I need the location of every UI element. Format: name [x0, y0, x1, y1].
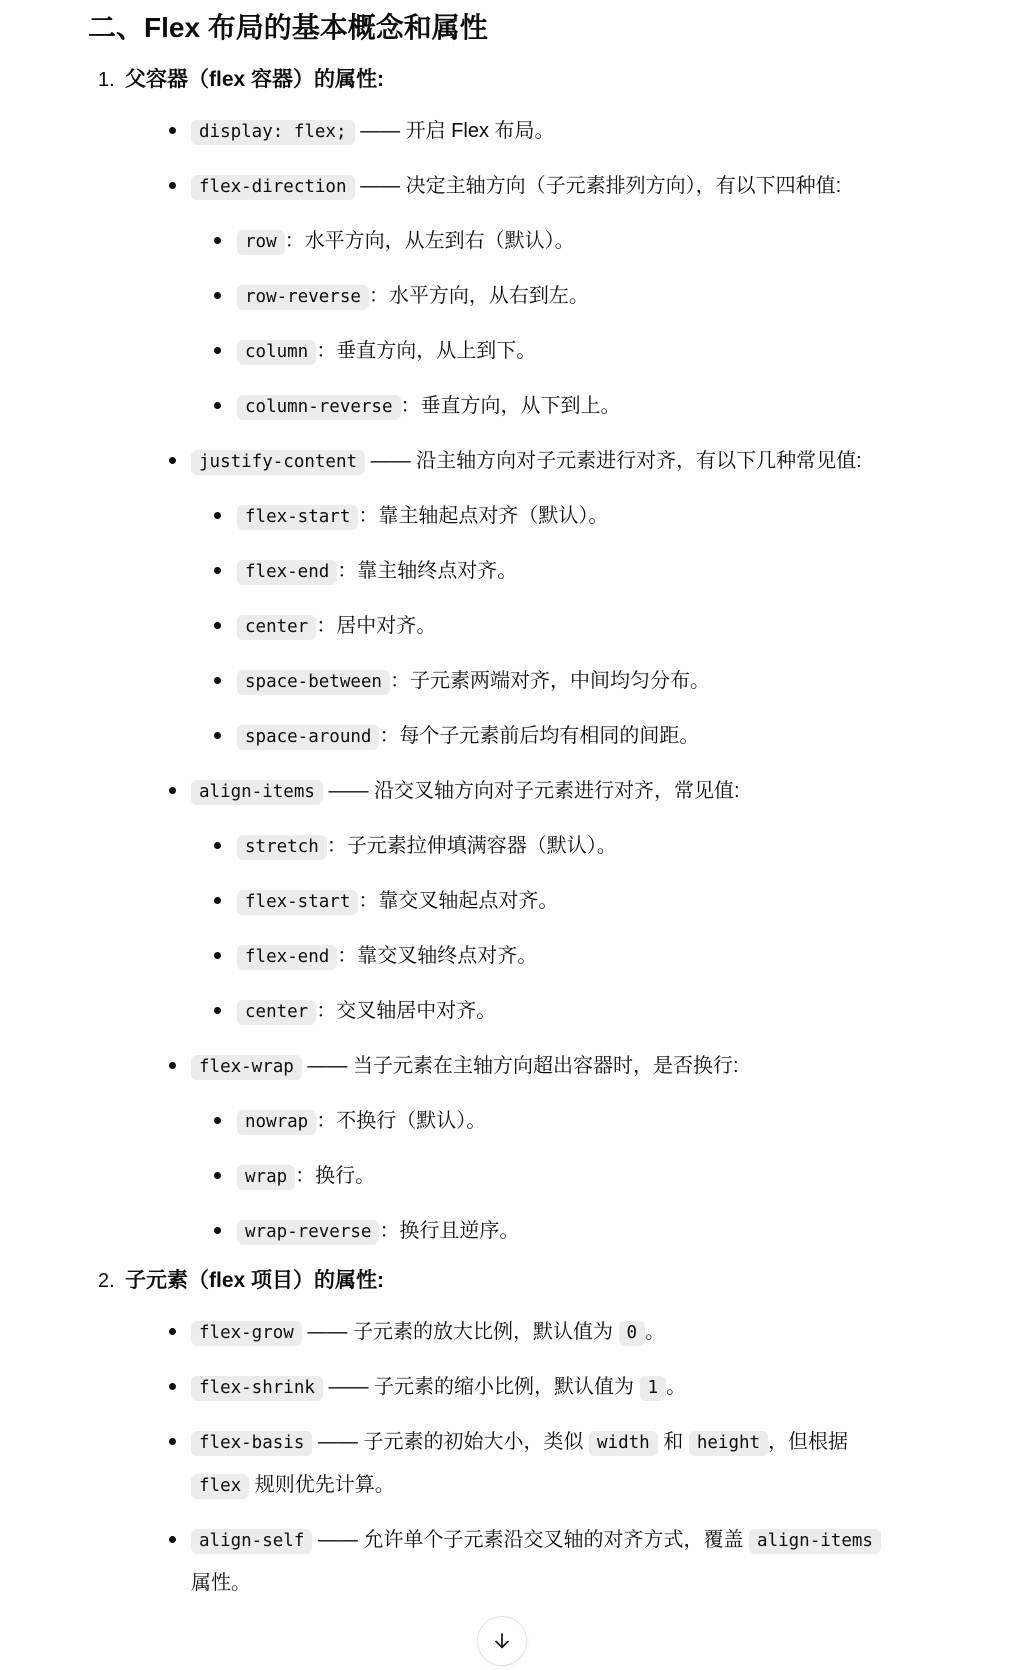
list-item: flex-basis —— 子元素的初始大小，类似 width 和 height… — [88, 1421, 896, 1507]
code-chip: flex-end — [237, 945, 337, 970]
code-chip: row — [237, 230, 285, 255]
code-chip: align-items — [191, 780, 323, 805]
code-chip: wrap — [237, 1165, 295, 1190]
code-chip: align-self — [191, 1529, 312, 1554]
code-chip: column — [237, 340, 316, 365]
list-item: display: flex; —— 开启 Flex 布局。 — [88, 110, 896, 153]
bullet-icon — [214, 402, 221, 409]
bullet-icon — [214, 622, 221, 629]
bullet-icon — [169, 127, 176, 134]
item-text: ，但根据 — [768, 1431, 854, 1453]
code-chip: flex-grow — [191, 1321, 302, 1346]
code-chip: nowrap — [237, 1110, 316, 1135]
list-item: flex-shrink —— 子元素的缩小比例，默认值为 1。 — [88, 1366, 896, 1409]
item-text: ：换行。 — [295, 1165, 375, 1187]
bullet-icon — [214, 842, 221, 849]
bullet-icon — [214, 897, 221, 904]
code-chip: justify-content — [191, 450, 365, 475]
item-text: ：靠交叉轴起点对齐。 — [358, 890, 558, 912]
code-chip: row-reverse — [237, 285, 369, 310]
bullet-icon — [169, 1328, 176, 1335]
bullet-list: display: flex; —— 开启 Flex 布局。flex-direct… — [88, 110, 1000, 1253]
code-chip: flex-shrink — [191, 1376, 323, 1401]
code-chip: center — [237, 1000, 316, 1025]
item-text: ：子元素两端对齐，中间均匀分布。 — [390, 670, 710, 692]
bullet-icon — [214, 347, 221, 354]
item-text: ：不换行（默认）。 — [316, 1110, 486, 1132]
item-text: —— 沿交叉轴方向对子元素进行对齐，常见值: — [323, 780, 740, 802]
bullet-icon — [169, 1062, 176, 1069]
bullet-icon — [169, 787, 176, 794]
scroll-to-bottom-button[interactable] — [477, 1616, 527, 1666]
code-chip: column-reverse — [237, 395, 401, 420]
code-chip: flex — [191, 1474, 249, 1499]
bullet-icon — [214, 1227, 221, 1234]
item-text: ：每个子元素前后均有相同的间距。 — [379, 725, 699, 747]
list-item: align-self —— 允许单个子元素沿交叉轴的对齐方式，覆盖 align-… — [88, 1519, 896, 1604]
item-text: ：子元素拉伸填满容器（默认）。 — [327, 835, 617, 857]
list-item: wrap-reverse：换行且逆序。 — [88, 1210, 896, 1253]
code-chip: space-around — [237, 725, 379, 750]
section: 2.子元素（flex 项目）的属性:flex-grow —— 子元素的放大比例，… — [88, 1265, 1000, 1604]
item-text: ：交叉轴居中对齐。 — [316, 1000, 496, 1022]
item-text: ：靠主轴起点对齐（默认）。 — [358, 505, 608, 527]
list-item: align-items —— 沿交叉轴方向对子元素进行对齐，常见值: — [88, 770, 896, 813]
item-text: 规则优先计算。 — [249, 1474, 395, 1496]
code-chip: flex-direction — [191, 175, 355, 200]
list-item: space-between：子元素两端对齐，中间均匀分布。 — [88, 660, 896, 703]
section-list: 1.父容器（flex 容器）的属性:display: flex; —— 开启 F… — [88, 64, 1000, 1604]
list-item: center：交叉轴居中对齐。 — [88, 990, 896, 1033]
section-title: 2.子元素（flex 项目）的属性: — [88, 1265, 1000, 1297]
bullet-icon — [169, 182, 176, 189]
document: 二、Flex 布局的基本概念和属性 1.父容器（flex 容器）的属性:disp… — [0, 0, 1000, 1604]
code-chip: 1 — [640, 1376, 667, 1401]
item-text: —— 子元素的放大比例，默认值为 — [302, 1321, 619, 1343]
item-text: —— 决定主轴方向（子元素排列方向），有以下四种值: — [355, 175, 842, 197]
code-chip: 0 — [619, 1321, 646, 1346]
list-item: justify-content —— 沿主轴方向对子元素进行对齐，有以下几种常见… — [88, 440, 896, 483]
item-text: —— 开启 Flex 布局。 — [355, 120, 555, 142]
code-chip: flex-start — [237, 505, 358, 530]
code-chip: stretch — [237, 835, 327, 860]
code-chip: display: flex; — [191, 120, 355, 145]
item-text: 。 — [645, 1321, 665, 1343]
item-text: ：靠主轴终点对齐。 — [337, 560, 517, 582]
item-text: ：换行且逆序。 — [379, 1220, 519, 1242]
list-item: center：居中对齐。 — [88, 605, 896, 648]
item-text: ：垂直方向，从下到上。 — [401, 395, 621, 417]
list-item: flex-direction —— 决定主轴方向（子元素排列方向），有以下四种值… — [88, 165, 896, 208]
code-chip: flex-end — [237, 560, 337, 585]
code-chip: height — [689, 1431, 768, 1456]
bullet-icon — [169, 1536, 176, 1543]
item-text: ：居中对齐。 — [316, 615, 436, 637]
bullet-icon — [214, 1007, 221, 1014]
code-chip: flex-basis — [191, 1431, 312, 1456]
section-title-text: 父容器（flex 容器）的属性: — [125, 64, 384, 96]
bullet-list: flex-grow —— 子元素的放大比例，默认值为 0。flex-shrink… — [88, 1311, 1000, 1604]
bullet-icon — [214, 1117, 221, 1124]
down-arrow-icon — [491, 1630, 513, 1652]
list-item: flex-end：靠交叉轴终点对齐。 — [88, 935, 896, 978]
list-item: flex-grow —— 子元素的放大比例，默认值为 0。 — [88, 1311, 896, 1354]
item-text: 和 — [658, 1431, 689, 1453]
bullet-icon — [169, 457, 176, 464]
list-item: flex-start：靠主轴起点对齐（默认）。 — [88, 495, 896, 538]
section-title-text: 子元素（flex 项目）的属性: — [125, 1265, 384, 1297]
item-text: —— 子元素的初始大小，类似 — [312, 1431, 589, 1453]
bullet-icon — [214, 952, 221, 959]
list-item: flex-start：靠交叉轴起点对齐。 — [88, 880, 896, 923]
list-item: column-reverse：垂直方向，从下到上。 — [88, 385, 896, 428]
list-item: flex-end：靠主轴终点对齐。 — [88, 550, 896, 593]
code-chip: align-items — [749, 1529, 881, 1554]
section-number: 2. — [98, 1265, 125, 1297]
section-title: 1.父容器（flex 容器）的属性: — [88, 64, 1000, 96]
item-text: ：垂直方向，从上到下。 — [316, 340, 536, 362]
list-item: flex-wrap —— 当子元素在主轴方向超出容器时，是否换行: — [88, 1045, 896, 1088]
item-text: —— 允许单个子元素沿交叉轴的对齐方式，覆盖 — [312, 1529, 749, 1551]
bullet-icon — [214, 677, 221, 684]
bullet-icon — [214, 567, 221, 574]
item-text: ：水平方向，从右到左。 — [369, 285, 589, 307]
bullet-icon — [169, 1438, 176, 1445]
list-item: row-reverse：水平方向，从右到左。 — [88, 275, 896, 318]
list-item: space-around：每个子元素前后均有相同的间距。 — [88, 715, 896, 758]
code-chip: flex-start — [237, 890, 358, 915]
code-chip: width — [589, 1431, 658, 1456]
code-chip: space-between — [237, 670, 390, 695]
item-text: ：靠交叉轴终点对齐。 — [337, 945, 537, 967]
code-chip: center — [237, 615, 316, 640]
code-chip: wrap-reverse — [237, 1220, 379, 1245]
bullet-icon — [214, 292, 221, 299]
item-text: —— 子元素的缩小比例，默认值为 — [323, 1376, 640, 1398]
list-item: stretch：子元素拉伸填满容器（默认）。 — [88, 825, 896, 868]
item-text: —— 当子元素在主轴方向超出容器时，是否换行: — [302, 1055, 739, 1077]
section: 1.父容器（flex 容器）的属性:display: flex; —— 开启 F… — [88, 64, 1000, 1253]
list-item: nowrap：不换行（默认）。 — [88, 1100, 896, 1143]
page-title: 二、Flex 布局的基本概念和属性 — [88, 8, 1000, 48]
bullet-icon — [214, 732, 221, 739]
item-text: 。 — [666, 1376, 686, 1398]
list-item: row：水平方向，从左到右（默认）。 — [88, 220, 896, 263]
code-chip: flex-wrap — [191, 1055, 302, 1080]
section-number: 1. — [98, 64, 125, 96]
bullet-icon — [214, 512, 221, 519]
list-item: wrap：换行。 — [88, 1155, 896, 1198]
item-text: —— 沿主轴方向对子元素进行对齐，有以下几种常见值: — [365, 450, 862, 472]
bullet-icon — [214, 237, 221, 244]
bullet-icon — [214, 1172, 221, 1179]
item-text: ：水平方向，从左到右（默认）。 — [285, 230, 575, 252]
bullet-icon — [169, 1383, 176, 1390]
list-item: column：垂直方向，从上到下。 — [88, 330, 896, 373]
